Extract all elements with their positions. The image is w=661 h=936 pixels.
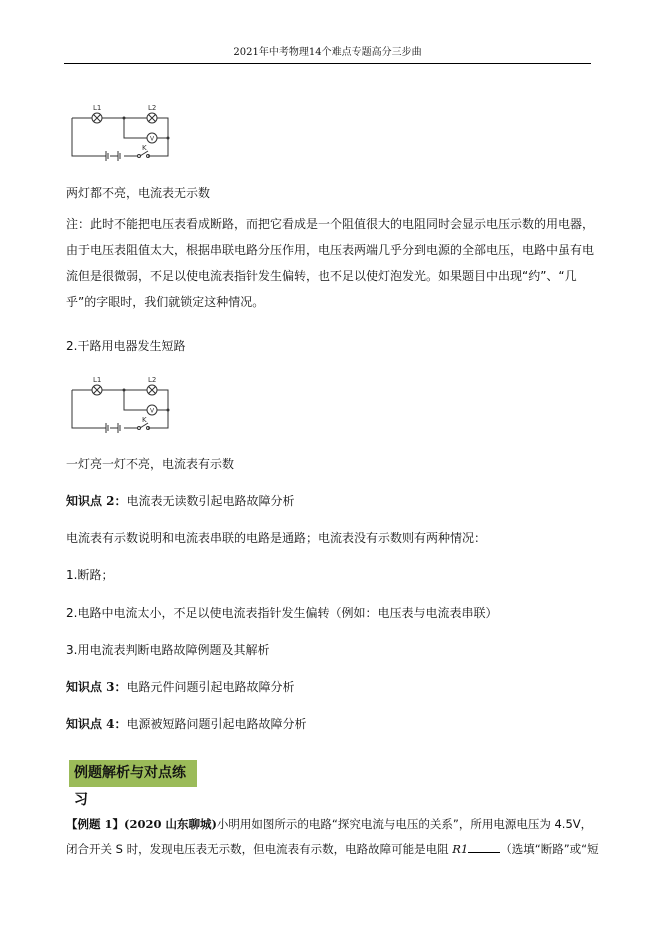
note-label: 注： (66, 217, 90, 231)
section-heading: 例题解析与对点练习 (69, 760, 197, 787)
example-text: 闭合开关 S 时，发现电压表无示数，但电流表有示数，电路故障可能是电阻 (66, 842, 452, 856)
knowledge-point-label: 知识点 4： (66, 717, 127, 731)
kp2-item-3: 3.用电流表判断电路故障例题及其解析 (66, 643, 269, 657)
result-text-2: 一灯亮一灯不亮，电流表有示数 (66, 457, 234, 471)
page-header: 2021年中考物理14个难点专题高分三步曲 (64, 46, 591, 64)
lamp1-label: L1 (93, 104, 101, 112)
header-title: 2021年中考物理14个难点专题高分三步曲 (233, 47, 421, 58)
note-body: 此时不能把电压表看成断路，而把它看成是一个阻值很大的电阻同时会显示电压示数的用电… (66, 217, 594, 309)
knowledge-point-text: 电源被短路问题引起电路故障分析 (127, 717, 307, 731)
example-text: 小明用如图所示的电路“探究电流与电压的关系”，所用电源电压为 4.5V， (217, 817, 592, 831)
note-paragraph: 注：此时不能把电压表看成断路，而把它看成是一个阻值很大的电阻同时会显示电压示数的… (66, 211, 596, 315)
knowledge-point-label: 知识点 2： (66, 494, 127, 508)
example-1-line-1: 【例题 1】(2020 山东聊城)小明用如图所示的电路“探究电流与电压的关系”，… (66, 817, 592, 831)
kp2-intro: 电流表有示数说明和电流表串联的电路是通路；电流表没有示数则有两种情况： (66, 531, 486, 545)
circuit-diagram-2: L1 L2 V K (66, 372, 176, 434)
answer-blank (468, 842, 500, 853)
knowledge-point-text: 电路元件问题引起电路故障分析 (127, 680, 295, 694)
knowledge-point-text: 电流表无读数引起电路故障分析 (127, 494, 295, 508)
switch-label: K (142, 144, 147, 152)
knowledge-point-label: 知识点 3： (66, 680, 127, 694)
voltmeter-label: V (150, 408, 155, 415)
voltmeter-label: V (150, 136, 155, 143)
example-label: 【例题 1】(2020 山东聊城) (66, 817, 217, 831)
example-1-line-2: 闭合开关 S 时，发现电压表无示数，但电流表有示数，电路故障可能是电阻 R1（选… (66, 842, 599, 856)
knowledge-point-2: 知识点 2：电流表无读数引起电路故障分析 (66, 494, 295, 508)
lamp2-label: L2 (148, 104, 156, 112)
result-text-1: 两灯都不亮，电流表无示数 (66, 186, 210, 200)
item-2-heading: 2.干路用电器发生短路 (66, 339, 185, 353)
resistor-symbol: R1 (452, 842, 468, 856)
lamp1-label: L1 (93, 376, 101, 384)
switch-label: K (142, 416, 147, 424)
lamp2-label: L2 (148, 376, 156, 384)
kp2-item-1: 1.断路； (66, 568, 113, 582)
example-text: （选填“断路”或“短 (500, 842, 598, 856)
knowledge-point-3: 知识点 3：电路元件问题引起电路故障分析 (66, 680, 295, 694)
knowledge-point-4: 知识点 4：电源被短路问题引起电路故障分析 (66, 717, 307, 731)
kp2-item-2: 2.电路中电流太小，不足以使电流表指针发生偏转（例如：电压表与电流表串联） (66, 606, 497, 620)
circuit-diagram-1: L1 L2 V K (66, 100, 176, 162)
